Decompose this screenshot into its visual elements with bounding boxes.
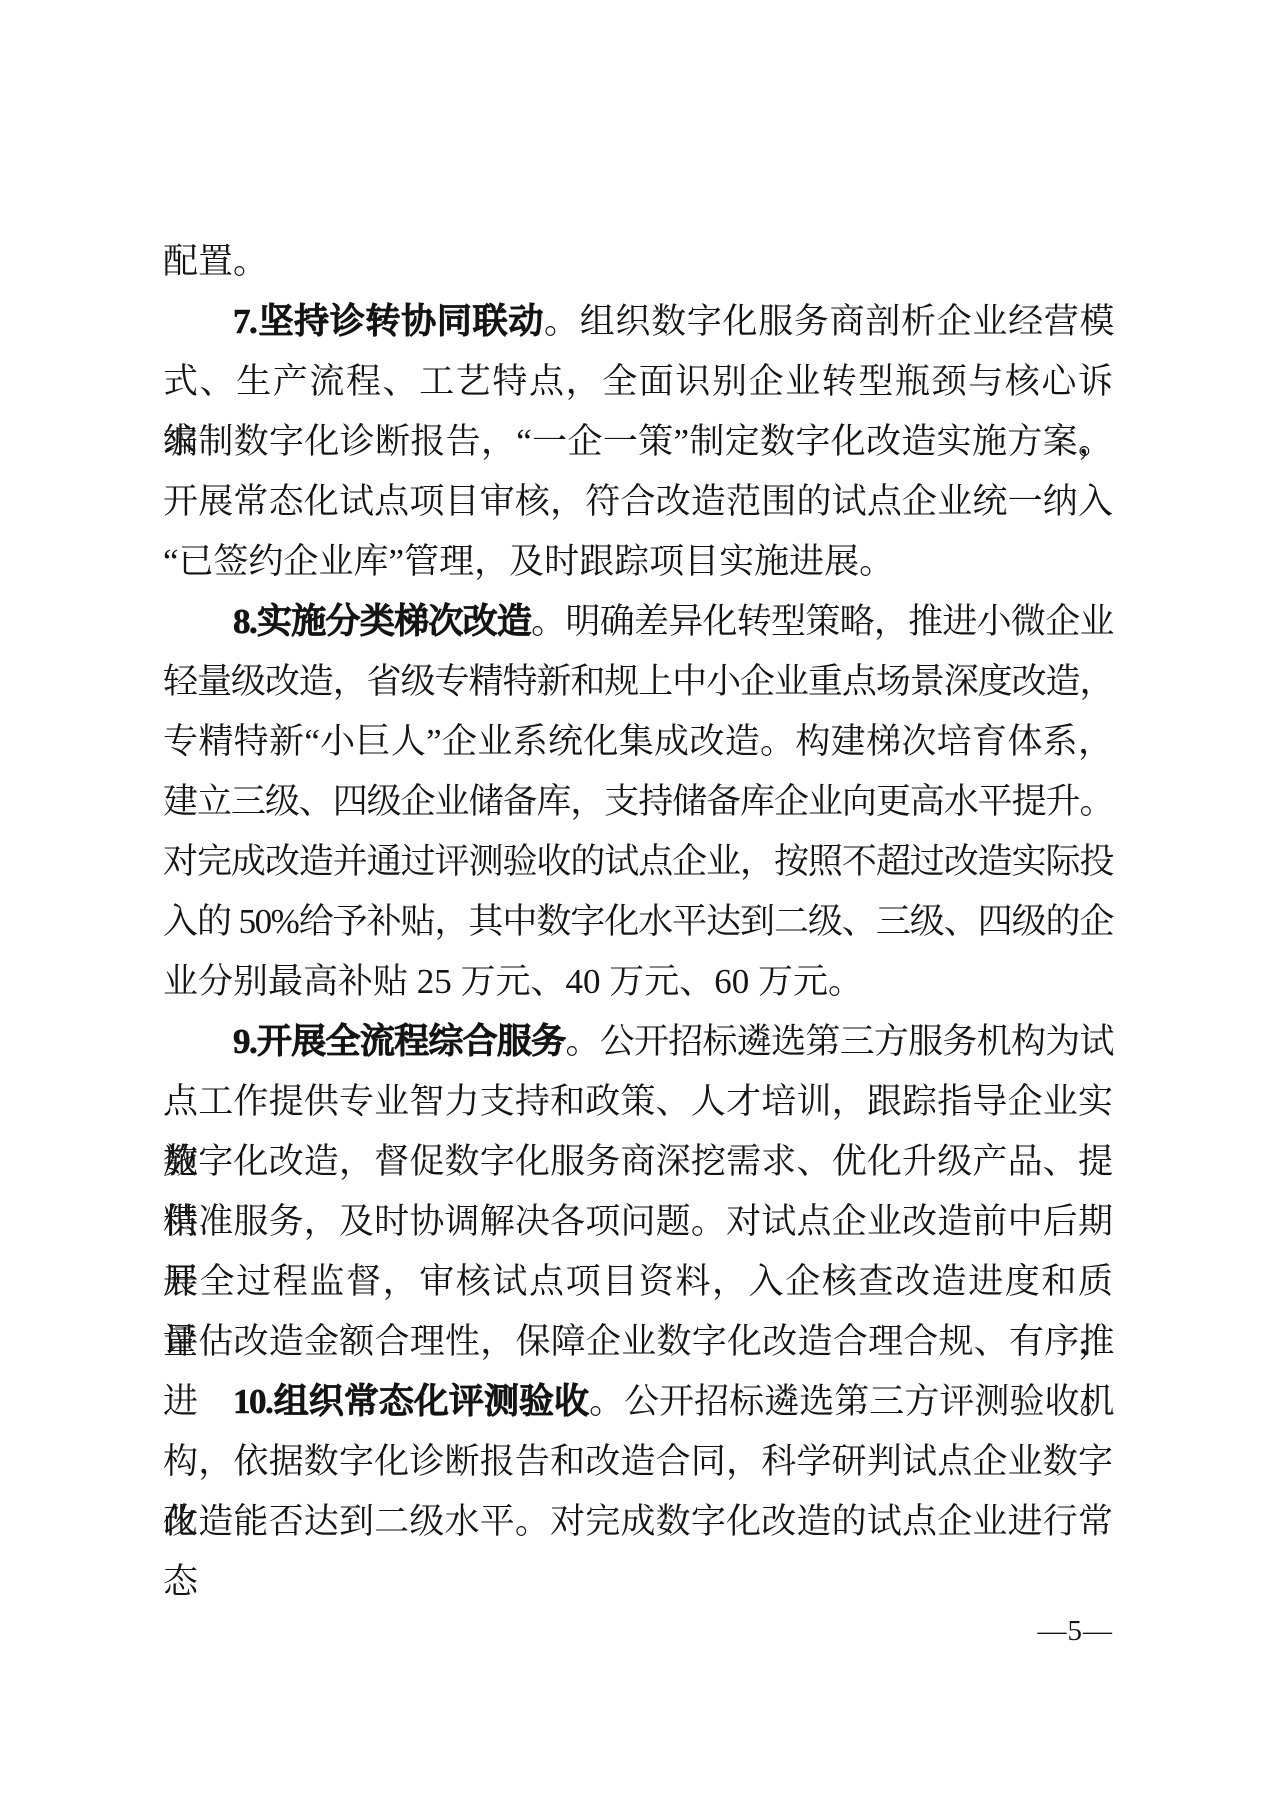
text-line: 轻量级改造，省级专精特新和规上中小企业重点场景深度改造， — [163, 652, 1113, 712]
text-line: 评估改造金额合理性，保障企业数字化改造合理合规、有序推进。 — [163, 1312, 1113, 1372]
line-text: 开展常态化试点项目审核，符合改造范围的试点企业统一纳入 — [163, 482, 1113, 521]
line-text: 建立三级、四级企业储备库，支持储备库企业向更高水平提升。 — [163, 782, 1113, 821]
paragraph-lead: 7.坚持诊转协同联动 — [233, 302, 544, 341]
text-line: 数字化改造，督促数字化服务商深挖需求、优化升级产品、提供 — [163, 1132, 1113, 1192]
line-text: 改造能否达到二级水平。对完成数字化改造的试点企业进行常态 — [163, 1502, 1113, 1601]
paragraph-lead: 8.实施分类梯次改造 — [233, 602, 531, 641]
text-line: 式、生产流程、工艺特点，全面识别企业转型瓶颈与核心诉求， — [163, 352, 1113, 412]
line-text: 。公开招标遴选第三方评测验收机 — [589, 1382, 1113, 1421]
text-line: 改造能否达到二级水平。对完成数字化改造的试点企业进行常态 — [163, 1492, 1113, 1552]
text-line: 配置。 — [163, 232, 1113, 292]
line-text: 轻量级改造，省级专精特新和规上中小企业重点场景深度改造， — [163, 662, 1113, 701]
text-line: 构，依据数字化诊断报告和改造合同，科学研判试点企业数字化 — [163, 1432, 1113, 1492]
text-line: 10.组织常态化评测验收。公开招标遴选第三方评测验收机 — [163, 1372, 1113, 1432]
text-line: 业分别最高补贴 25 万元、40 万元、60 万元。 — [163, 952, 1113, 1012]
text-line: 7.坚持诊转协同联动。组织数字化服务商剖析企业经营模 — [163, 292, 1113, 352]
page-number: —5— — [163, 1612, 1113, 1650]
line-text: “已签约企业库”管理，及时跟踪项目实施进展。 — [163, 542, 894, 581]
paragraph-lead: 9.开展全流程综合服务 — [233, 1022, 565, 1061]
paragraph-lead: 10.组织常态化评测验收 — [233, 1382, 589, 1421]
line-text: 专精特新“小巨人”企业系统化集成改造。构建梯次培育体系， — [163, 722, 1113, 761]
text-line: 展全过程监督，审核试点项目资料，入企核查改造进度和质量， — [163, 1252, 1113, 1312]
text-line: “已签约企业库”管理，及时跟踪项目实施进展。 — [163, 532, 1113, 592]
line-text: 配置。 — [163, 242, 268, 281]
text-line: 对完成改造并通过评测验收的试点企业，按照不超过改造实际投 — [163, 832, 1113, 892]
line-text: 编制数字化诊断报告，“一企一策”制定数字化改造实施方案。 — [163, 422, 1113, 461]
document-body: 配置。7.坚持诊转协同联动。组织数字化服务商剖析企业经营模式、生产流程、工艺特点… — [163, 232, 1113, 1552]
line-text: 。明确差异化转型策略，推进小微企业 — [531, 602, 1113, 641]
text-line: 9.开展全流程综合服务。公开招标遴选第三方服务机构为试 — [163, 1012, 1113, 1072]
text-line: 编制数字化诊断报告，“一企一策”制定数字化改造实施方案。 — [163, 412, 1113, 472]
line-text: 入的 50%给予补贴，其中数字化水平达到二级、三级、四级的企 — [163, 902, 1113, 941]
line-text: 。公开招标遴选第三方服务机构为试 — [565, 1022, 1113, 1061]
text-line: 专精特新“小巨人”企业系统化集成改造。构建梯次培育体系， — [163, 712, 1113, 772]
line-text: 。组织数字化服务商剖析企业经营模 — [544, 302, 1113, 341]
text-line: 入的 50%给予补贴，其中数字化水平达到二级、三级、四级的企 — [163, 892, 1113, 952]
text-line: 点工作提供专业智力支持和政策、人才培训，跟踪指导企业实施 — [163, 1072, 1113, 1132]
line-text: 业分别最高补贴 25 万元、40 万元、60 万元。 — [163, 962, 863, 1001]
text-line: 开展常态化试点项目审核，符合改造范围的试点企业统一纳入 — [163, 472, 1113, 532]
text-line: 精准服务，及时协调解决各项问题。对试点企业改造前中后期开 — [163, 1192, 1113, 1252]
line-text: 对完成改造并通过评测验收的试点企业，按照不超过改造实际投 — [163, 842, 1113, 881]
text-line: 建立三级、四级企业储备库，支持储备库企业向更高水平提升。 — [163, 772, 1113, 832]
document-page: 配置。7.坚持诊转协同联动。组织数字化服务商剖析企业经营模式、生产流程、工艺特点… — [0, 0, 1280, 1810]
text-line: 8.实施分类梯次改造。明确差异化转型策略，推进小微企业 — [163, 592, 1113, 652]
